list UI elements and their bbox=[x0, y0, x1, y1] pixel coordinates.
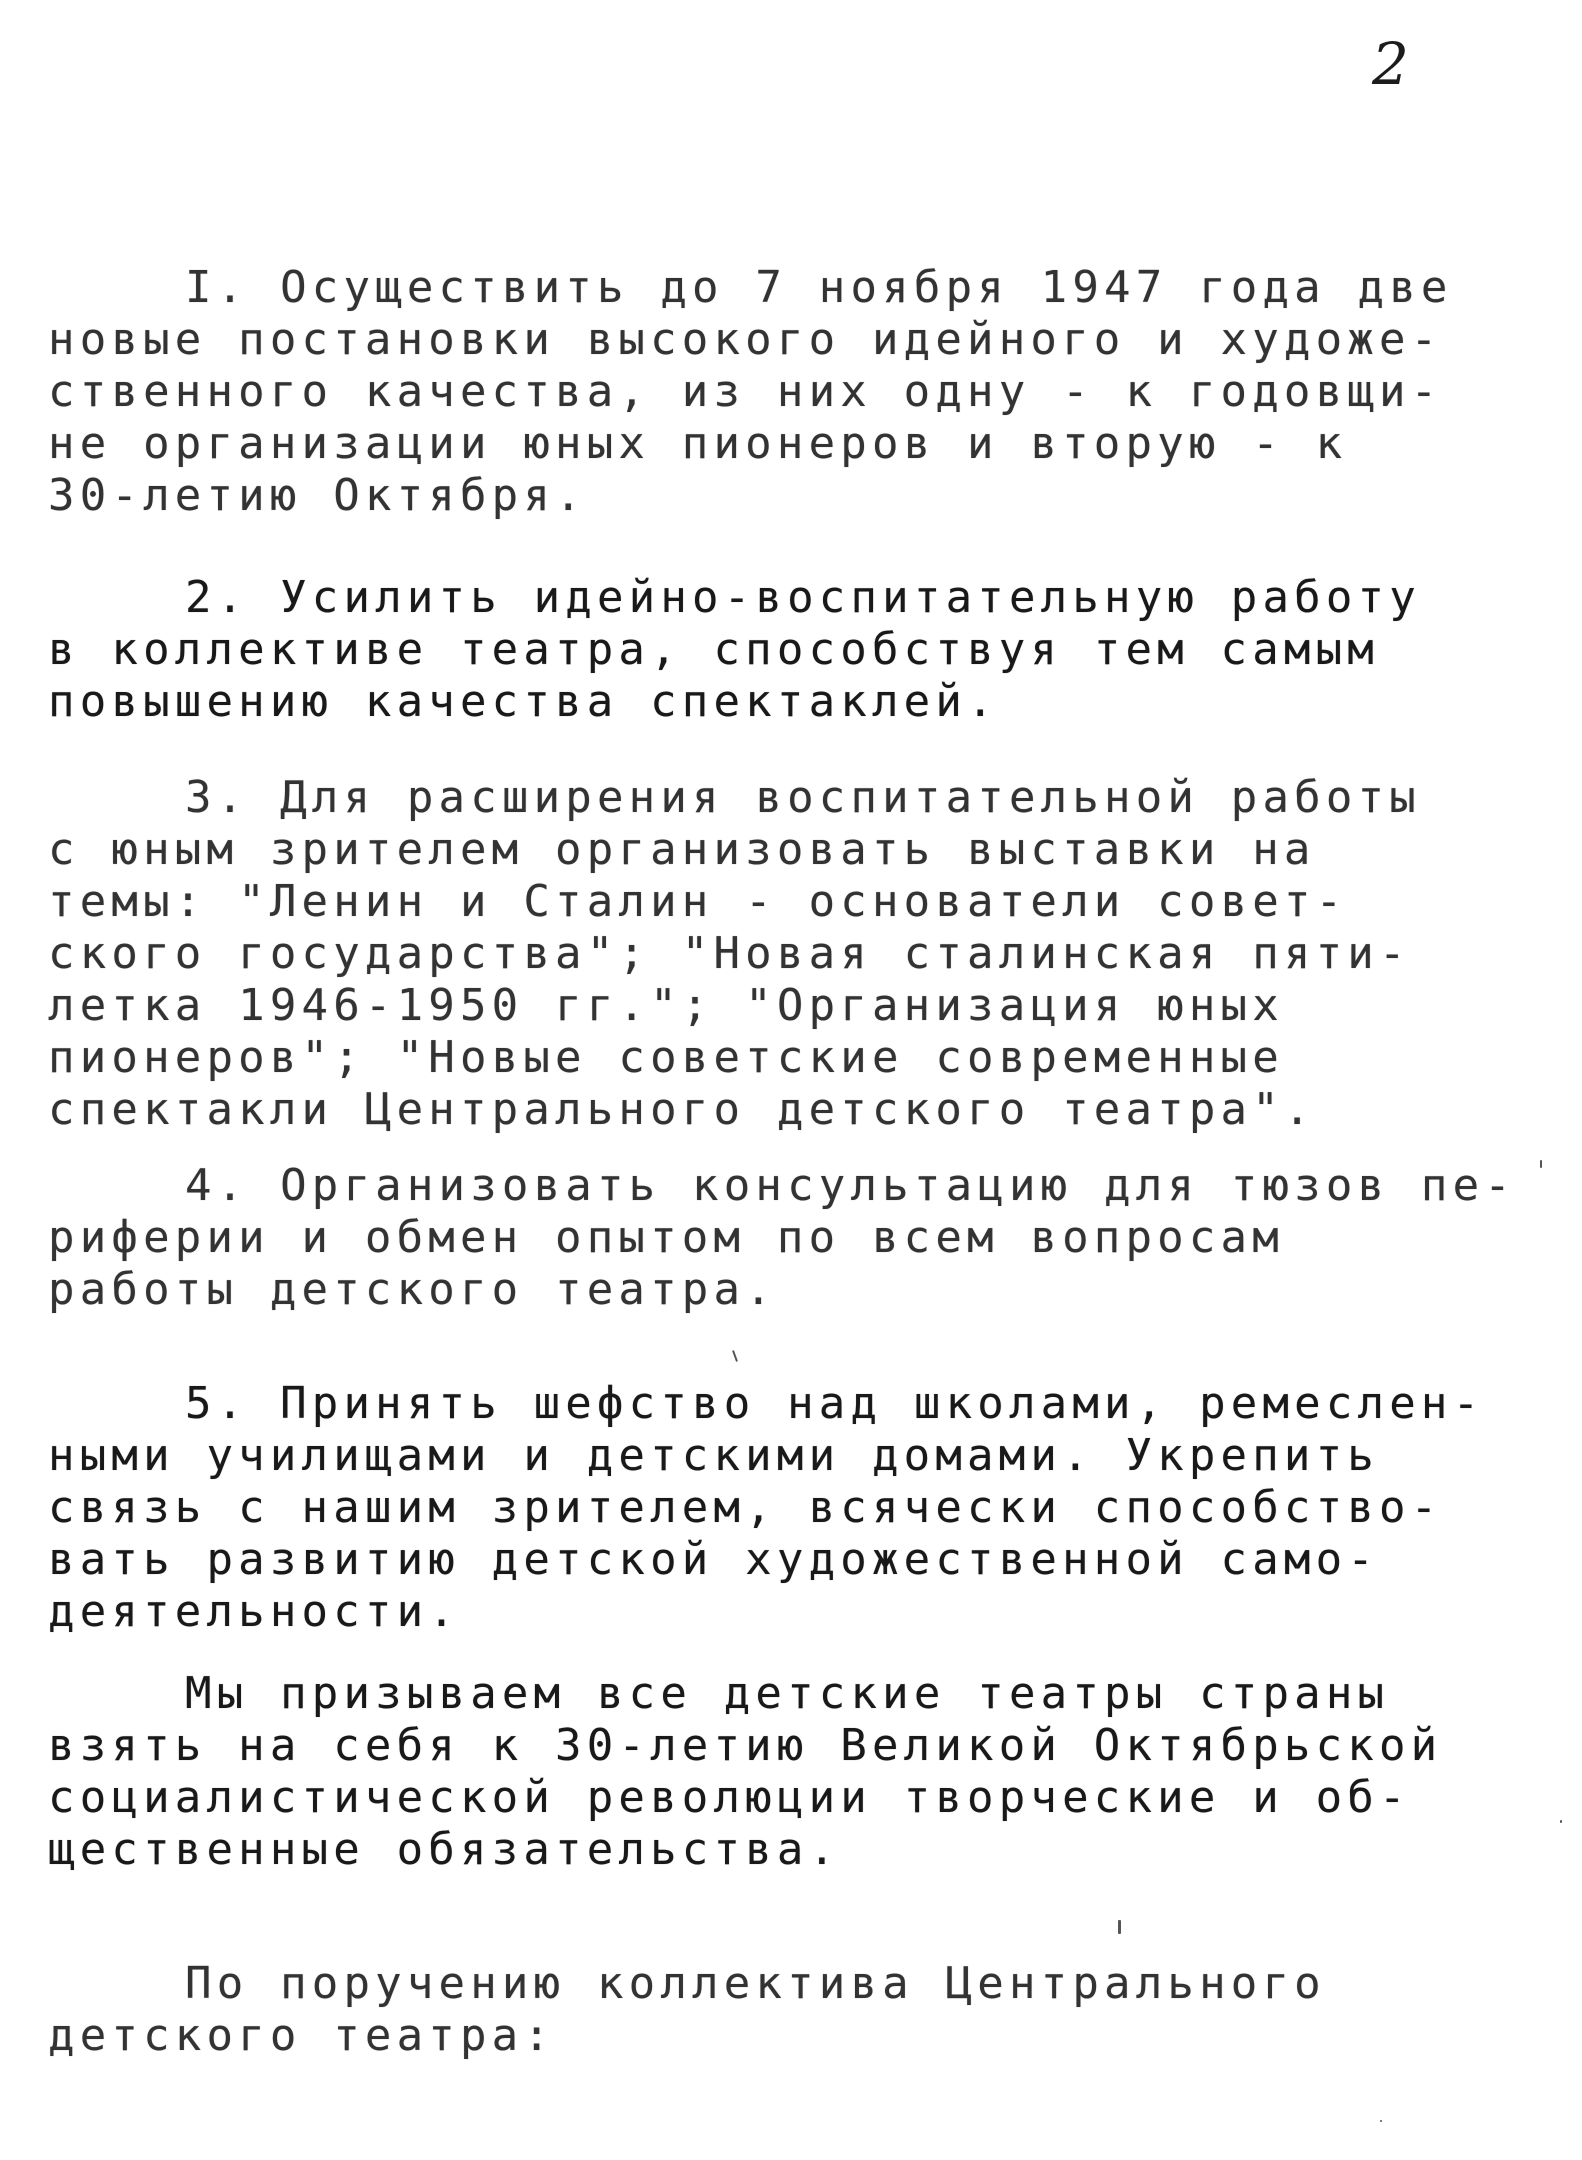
text-line: 3. Для расширения воспитательной работы bbox=[48, 772, 1548, 824]
text-line: По поручению коллектива Центрального bbox=[48, 1958, 1548, 2010]
text-line: связь с нашим зрителем, всячески способс… bbox=[48, 1482, 1548, 1534]
text-line: социалистической революции творческие и … bbox=[48, 1772, 1548, 1824]
text-line: I. Осуществить до 7 ноября 1947 года две bbox=[48, 262, 1548, 314]
text-line: детского театра: bbox=[48, 2010, 1548, 2062]
text-line: не организации юных пионеров и вторую - … bbox=[48, 418, 1548, 470]
text-line: риферии и обмен опытом по всем вопросам bbox=[48, 1212, 1548, 1264]
item-5-paragraph: 5. Принять шефство над школами, ремеслен… bbox=[48, 1378, 1548, 1638]
text-line: спектакли Центрального детского театра". bbox=[48, 1084, 1548, 1136]
text-line: деятельности. bbox=[48, 1586, 1548, 1638]
text-line: щественные обязательства. bbox=[48, 1824, 1548, 1876]
item-3-paragraph: 3. Для расширения воспитательной работы … bbox=[48, 772, 1548, 1136]
text-line: темы: "Ленин и Сталин - основатели совет… bbox=[48, 876, 1548, 928]
page-number: 2 bbox=[1372, 30, 1409, 98]
text-line: ными училищами и детскими домами. Укрепи… bbox=[48, 1430, 1548, 1482]
text-line: летка 1946-1950 гг."; "Организация юных bbox=[48, 980, 1548, 1032]
text-line: 2. Усилить идейно-воспитательную работу bbox=[48, 572, 1548, 624]
document-page: 2 I. Осуществить до 7 ноября 1947 года д… bbox=[0, 0, 1582, 2160]
appeal-paragraph: Мы призываем все детские театры страны в… bbox=[48, 1668, 1548, 1876]
text-line: 5. Принять шефство над школами, ремеслен… bbox=[48, 1378, 1548, 1430]
text-line: взять на себя к 30-летию Великой Октябрь… bbox=[48, 1720, 1548, 1772]
text-line: вать развитию детской художественной сам… bbox=[48, 1534, 1548, 1586]
scan-speck bbox=[1118, 1920, 1121, 1934]
text-line: 30-летию Октября. bbox=[48, 470, 1548, 522]
text-line: в коллективе театра, способствуя тем сам… bbox=[48, 624, 1548, 676]
signature-intro: По поручению коллектива Центрального дет… bbox=[48, 1958, 1548, 2062]
text-line: 4. Организовать консультацию для тюзов п… bbox=[48, 1160, 1548, 1212]
text-line: работы детского театра. bbox=[48, 1264, 1548, 1316]
item-2-paragraph: 2. Усилить идейно-воспитательную работу … bbox=[48, 572, 1548, 728]
text-line: Мы призываем все детские театры страны bbox=[48, 1668, 1548, 1720]
text-line: с юным зрителем организовать выставки на bbox=[48, 824, 1548, 876]
text-line: пионеров"; "Новые советские современные bbox=[48, 1032, 1548, 1084]
text-line: ственного качества, из них одну - к годо… bbox=[48, 366, 1548, 418]
scan-speck bbox=[1540, 1160, 1542, 1168]
item-4-paragraph: 4. Организовать консультацию для тюзов п… bbox=[48, 1160, 1548, 1316]
scan-speck bbox=[1380, 2120, 1382, 2122]
item-1-paragraph: I. Осуществить до 7 ноября 1947 года две… bbox=[48, 262, 1548, 522]
text-line: ского государства"; "Новая сталинская пя… bbox=[48, 928, 1548, 980]
scan-speck bbox=[1560, 1820, 1562, 1823]
scan-speck bbox=[732, 1350, 738, 1362]
text-line: новые постановки высокого идейного и худ… bbox=[48, 314, 1548, 366]
text-line: повышению качества спектаклей. bbox=[48, 676, 1548, 728]
